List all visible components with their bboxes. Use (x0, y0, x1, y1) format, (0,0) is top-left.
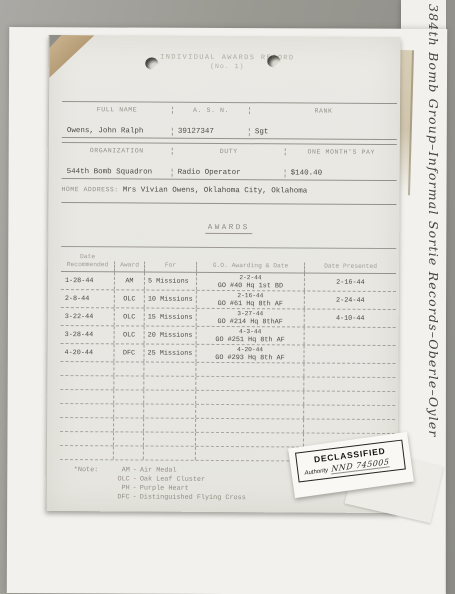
go-order: GO #40 Hq 1st BD (218, 281, 283, 289)
cell-award: AM (114, 272, 144, 289)
note-meaning: Purple Heart (140, 484, 189, 493)
rank-label: RANK (249, 107, 397, 115)
note-separator: - (133, 493, 137, 502)
cell-award: OLC (114, 326, 144, 343)
cell-go: 2-16-44 GO #61 Hq 8th AF (196, 291, 304, 309)
header-for: For (144, 262, 196, 272)
home-address-value: Mrs Vivian Owens, Oklahoma City, Oklahom… (123, 186, 308, 195)
scanned-document-photo: 384th Bomb Group–Informal Sortie Records… (0, 0, 455, 594)
cell-for: 5 Missions (144, 273, 196, 290)
note-abbr: OLC (106, 475, 130, 484)
form-title-line1: INDIVIDUAL AWARDS RECORD (127, 53, 327, 62)
organization-value: 544th Bomb Squadron (62, 168, 172, 177)
cell-go: 4-3-44 GO #251 Hq 8th AF (196, 327, 304, 345)
cell-award: OLC (114, 308, 144, 325)
header-go-awarding: G.O. Awarding & Date (196, 262, 304, 273)
field-values-row-1: Owens, John Ralph 39127347 Sgt (62, 117, 397, 140)
duty-value: Radio Operator (172, 169, 285, 178)
award-row: 1-28-44 AM 5 Missions 2-2-44 GO #40 Hq 1… (61, 272, 396, 292)
rank-value: Sgt (249, 128, 397, 137)
header-award: Award (114, 261, 144, 271)
cell-date-presented: 2-16-44 (304, 273, 396, 291)
full-name-value: Owens, John Ralph (62, 127, 172, 136)
cell-date-recommended: 4-20-44 (60, 344, 113, 361)
cell-date-recommended: 1-28-44 (61, 272, 114, 289)
cell-date-recommended: 3-22-44 (61, 308, 114, 325)
awards-table-header: Date Recommended Award For G.O. Awarding… (61, 247, 396, 274)
cell-for: 15 Missions (144, 309, 196, 326)
awards-table: Date Recommended Award For G.O. Awarding… (60, 246, 396, 462)
go-date: 4-20-44 (237, 346, 263, 354)
note-separator: - (133, 484, 137, 493)
cell-date-recommended: 2-8-44 (61, 290, 114, 307)
go-date: 3-27-44 (237, 310, 263, 318)
cell-award: OLC (114, 290, 144, 307)
cell-for: 25 Missions (143, 345, 195, 362)
note-abbr: AM (106, 466, 130, 475)
field-values-row-2: 544th Bomb Squadron Radio Operator $140.… (62, 158, 397, 181)
cell-go: 4-20-44 GO #293 Hq 8th AF (195, 345, 303, 363)
note-separator: - (133, 466, 137, 475)
cell-date-presented (303, 345, 395, 363)
declassified-stamp: DECLASSIFIED Authority NND 745005 (295, 440, 406, 483)
note-meaning: Distinguished Flying Cross (140, 493, 246, 503)
cell-date-recommended: 3-28-44 (61, 326, 114, 343)
awards-title-text: AWARDS (206, 224, 252, 234)
note-separator: - (133, 475, 137, 484)
asn-value: 39127347 (172, 128, 249, 136)
folded-corner (49, 35, 94, 78)
home-address-row: HOME ADDRESS: Mrs Vivian Owens, Oklahoma… (61, 183, 396, 205)
note-meaning: Oak Leaf Cluster (140, 475, 205, 484)
cell-date-presented: 4-10-44 (304, 309, 396, 327)
go-order: GO #61 Hq 8th AF (218, 299, 283, 307)
home-address-label: HOME ADDRESS: (61, 186, 118, 193)
organization-label: ORGANIZATION (62, 147, 172, 155)
award-row: 4-20-44 DFC 25 Missions 4-20-44 GO #293 … (60, 344, 395, 364)
go-date: 4-3-44 (239, 328, 261, 336)
note-abbr: DFC (106, 493, 130, 502)
header-date-recommended: Date Recommended (61, 253, 114, 271)
awards-section-title: AWARDS (61, 215, 396, 235)
go-date: 2-2-44 (239, 274, 261, 282)
cell-date-presented: 2-24-44 (304, 291, 396, 309)
cell-go: 2-2-44 GO #40 Hq 1st BD (196, 273, 304, 291)
asn-label: A. S. N. (172, 107, 249, 114)
header-date-presented: Date Presented (304, 262, 396, 273)
go-order: GO #251 Hq 8th AF (215, 335, 284, 343)
award-row: 3-28-44 OLC 20 Missions 4-3-44 GO #251 H… (61, 326, 396, 346)
award-row: 2-8-44 OLC 10 Missions 2-16-44 GO #61 Hq… (61, 290, 396, 310)
full-name-label: FULL NAME (62, 106, 172, 114)
pay-label: ONE MONTH'S PAY (285, 148, 397, 156)
note-meaning: Air Medal (140, 466, 177, 475)
form-title-line2: (No. 1) (127, 62, 327, 70)
cell-for: 10 Missions (144, 291, 196, 308)
cell-award: DFC (113, 344, 143, 361)
authority-label: Authority (304, 468, 328, 477)
form-title: INDIVIDUAL AWARDS RECORD (No. 1) (127, 53, 327, 70)
cell-date-presented (304, 327, 396, 345)
go-date: 2-16-44 (237, 292, 263, 300)
go-order: GO #214 Hq 8thAF (218, 317, 283, 325)
cell-for: 20 Missions (144, 327, 196, 344)
duty-label: DUTY (172, 148, 285, 156)
note-abbr: PH (106, 484, 130, 493)
go-order: GO #293 Hq 8th AF (215, 353, 284, 361)
pay-value: $140.40 (285, 169, 397, 178)
award-row: 3-22-44 OLC 15 Missions 3-27-44 GO #214 … (61, 308, 396, 328)
cell-go: 3-27-44 GO #214 Hq 8thAF (196, 309, 304, 327)
note-label: *Note: (74, 466, 106, 475)
